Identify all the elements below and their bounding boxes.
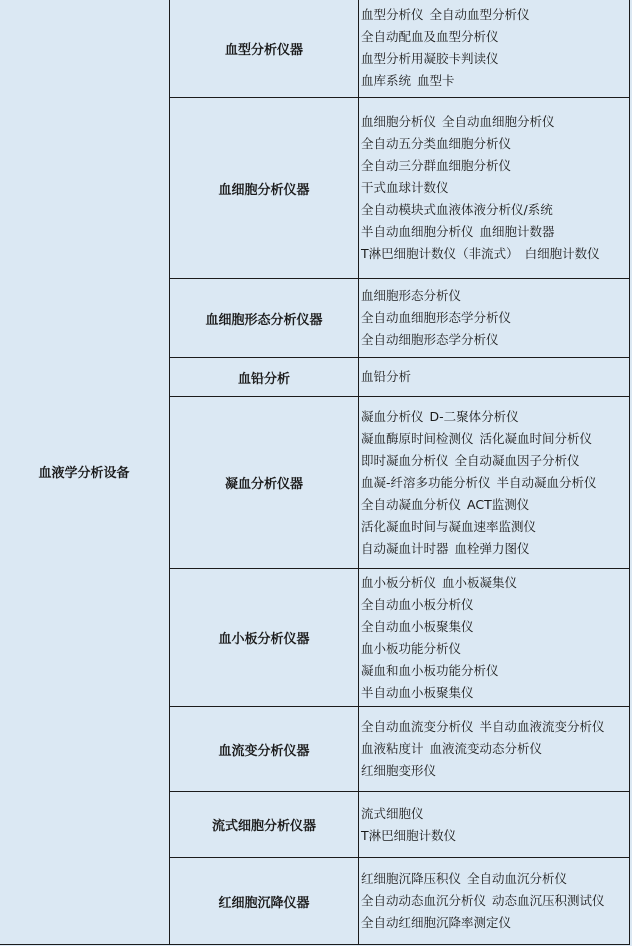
device-name: 自动凝血计时器 bbox=[361, 541, 449, 556]
device-line: T淋巴细胞计数仪（非流式）白细胞计数仪 bbox=[361, 243, 629, 265]
device-name: T淋巴细胞计数仪 bbox=[361, 828, 456, 843]
device-line: 活化凝血时间与凝血速率监测仪 bbox=[361, 516, 629, 538]
device-name: 半自动凝血分析仪 bbox=[497, 475, 597, 490]
device-line: 全自动动态血沉分析仪动态血沉压积测试仪 bbox=[361, 890, 629, 912]
device-name: 全自动模块式血液体液分析仪/系统 bbox=[361, 202, 553, 217]
subcategory-cell: 血铅分析 bbox=[170, 358, 359, 397]
subcategory-label: 红细胞沉降仪器 bbox=[218, 896, 309, 911]
device-name: 血液流变动态分析仪 bbox=[430, 741, 543, 756]
device-name: 全自动凝血因子分析仪 bbox=[455, 453, 580, 468]
device-name: 全自动血小板聚集仪 bbox=[361, 619, 474, 634]
device-name: 全自动细胞形态学分析仪 bbox=[361, 332, 499, 347]
device-line: 即时凝血分析仪全自动凝血因子分析仪 bbox=[361, 450, 629, 472]
device-name: 血型卡 bbox=[417, 73, 455, 88]
subcategory-cell: 血细胞分析仪器 bbox=[170, 98, 359, 279]
device-name: 凝血酶原时间检测仪 bbox=[361, 431, 474, 446]
device-name: 活化凝血时间分析仪 bbox=[480, 431, 593, 446]
device-name: 血液粘度计 bbox=[361, 741, 424, 756]
subcategory-cell: 流式细胞分析仪器 bbox=[170, 792, 359, 858]
device-name: 活化凝血时间与凝血速率监测仪 bbox=[361, 519, 536, 534]
device-name: 血库系统 bbox=[361, 73, 411, 88]
device-line: 血小板分析仪血小板凝集仪 bbox=[361, 572, 629, 594]
device-name: 血细胞计数器 bbox=[480, 224, 555, 239]
subcategory-label: 血流变分析仪器 bbox=[218, 744, 309, 759]
device-line: 全自动细胞形态学分析仪 bbox=[361, 329, 629, 351]
subcategory-label: 血小板分析仪器 bbox=[218, 632, 309, 647]
device-name: 干式血球计数仪 bbox=[361, 180, 449, 195]
device-line: 全自动血细胞形态学分析仪 bbox=[361, 307, 629, 329]
category-cell: 血液学分析设备 bbox=[0, 0, 170, 945]
device-line: 血细胞形态分析仪 bbox=[361, 285, 629, 307]
device-line: 凝血和血小板功能分析仪 bbox=[361, 660, 629, 682]
device-line: 全自动三分群血细胞分析仪 bbox=[361, 155, 629, 177]
device-line: 全自动五分类血细胞分析仪 bbox=[361, 133, 629, 155]
device-line: 血液粘度计血液流变动态分析仪 bbox=[361, 738, 629, 760]
device-line: 红细胞沉降压积仪全自动血沉分析仪 bbox=[361, 868, 629, 890]
device-name: 全自动血型分析仪 bbox=[430, 7, 530, 22]
device-line: 半自动血细胞分析仪血细胞计数器 bbox=[361, 221, 629, 243]
subcategory-cell: 血小板分析仪器 bbox=[170, 569, 359, 707]
device-name: 全自动动态血沉分析仪 bbox=[361, 893, 486, 908]
device-name: 半自动血细胞分析仪 bbox=[361, 224, 474, 239]
device-line: 全自动凝血分析仪ACT监测仪 bbox=[361, 494, 629, 516]
subcategory-label: 流式细胞分析仪器 bbox=[212, 819, 316, 834]
equipment-classification-table: 血液学分析设备血型分析仪器血型分析仪全自动血型分析仪全自动配血及血型分析仪血型分… bbox=[0, 0, 630, 945]
subcategory-label: 凝血分析仪器 bbox=[225, 477, 303, 492]
device-name: 半自动血小板聚集仪 bbox=[361, 685, 474, 700]
device-line: 全自动血小板聚集仪 bbox=[361, 616, 629, 638]
subcategory-label: 血型分析仪器 bbox=[225, 43, 303, 58]
device-name: 血栓弹力图仪 bbox=[455, 541, 530, 556]
device-line: 全自动血流变分析仪半自动血液流变分析仪 bbox=[361, 716, 629, 738]
subcategory-label: 血细胞形态分析仪器 bbox=[205, 313, 322, 328]
device-name: D-二聚体分析仪 bbox=[430, 409, 519, 424]
device-name: 血型分析用凝胶卡判读仪 bbox=[361, 51, 499, 66]
device-line: T淋巴细胞计数仪 bbox=[361, 825, 629, 847]
device-line: 干式血球计数仪 bbox=[361, 177, 629, 199]
device-name: 流式细胞仪 bbox=[361, 806, 424, 821]
table-row: 血液学分析设备血型分析仪器血型分析仪全自动血型分析仪全自动配血及血型分析仪血型分… bbox=[0, 0, 630, 98]
device-list-cell: 血小板分析仪血小板凝集仪全自动血小板分析仪全自动血小板聚集仪血小板功能分析仪凝血… bbox=[359, 569, 630, 707]
device-name: T淋巴细胞计数仪（非流式） bbox=[361, 246, 519, 261]
device-name: 即时凝血分析仪 bbox=[361, 453, 449, 468]
device-name: 半自动血液流变分析仪 bbox=[480, 719, 605, 734]
device-line: 血凝-纤溶多功能分析仪半自动凝血分析仪 bbox=[361, 472, 629, 494]
device-name: 血型分析仪 bbox=[361, 7, 424, 22]
device-line: 全自动红细胞沉降率测定仪 bbox=[361, 912, 629, 934]
device-line: 流式细胞仪 bbox=[361, 803, 629, 825]
device-list-cell: 血细胞分析仪全自动血细胞分析仪全自动五分类血细胞分析仪全自动三分群血细胞分析仪干… bbox=[359, 98, 630, 279]
device-line: 血型分析用凝胶卡判读仪 bbox=[361, 48, 629, 70]
device-name: 全自动凝血分析仪 bbox=[361, 497, 461, 512]
device-name: 红细胞变形仪 bbox=[361, 763, 436, 778]
device-line: 自动凝血计时器血栓弹力图仪 bbox=[361, 538, 629, 560]
device-line: 全自动血小板分析仪 bbox=[361, 594, 629, 616]
subcategory-cell: 血流变分析仪器 bbox=[170, 707, 359, 792]
device-line: 血小板功能分析仪 bbox=[361, 638, 629, 660]
device-list-cell: 流式细胞仪T淋巴细胞计数仪 bbox=[359, 792, 630, 858]
device-name: 血凝-纤溶多功能分析仪 bbox=[361, 475, 491, 490]
device-name: 全自动三分群血细胞分析仪 bbox=[361, 158, 511, 173]
device-name: 全自动血流变分析仪 bbox=[361, 719, 474, 734]
device-name: 白细胞计数仪 bbox=[525, 246, 600, 261]
device-name: 全自动血小板分析仪 bbox=[361, 597, 474, 612]
device-line: 半自动血小板聚集仪 bbox=[361, 682, 629, 704]
device-line: 血库系统血型卡 bbox=[361, 70, 629, 92]
subcategory-cell: 血型分析仪器 bbox=[170, 0, 359, 98]
device-list-cell: 凝血分析仪D-二聚体分析仪凝血酶原时间检测仪活化凝血时间分析仪即时凝血分析仪全自… bbox=[359, 397, 630, 569]
device-name: 全自动五分类血细胞分析仪 bbox=[361, 136, 511, 151]
device-name: 血细胞形态分析仪 bbox=[361, 288, 461, 303]
device-name: 血铅分析 bbox=[361, 369, 411, 384]
device-list-cell: 血型分析仪全自动血型分析仪全自动配血及血型分析仪血型分析用凝胶卡判读仪血库系统血… bbox=[359, 0, 630, 98]
device-list-cell: 血铅分析 bbox=[359, 358, 630, 397]
device-name: 全自动配血及血型分析仪 bbox=[361, 29, 499, 44]
device-line: 血型分析仪全自动血型分析仪 bbox=[361, 4, 629, 26]
device-name: 动态血沉压积测试仪 bbox=[492, 893, 605, 908]
device-name: 血细胞分析仪 bbox=[361, 114, 436, 129]
device-list-cell: 全自动血流变分析仪半自动血液流变分析仪血液粘度计血液流变动态分析仪红细胞变形仪 bbox=[359, 707, 630, 792]
device-line: 凝血酶原时间检测仪活化凝血时间分析仪 bbox=[361, 428, 629, 450]
device-line: 凝血分析仪D-二聚体分析仪 bbox=[361, 406, 629, 428]
device-name: 全自动血细胞分析仪 bbox=[442, 114, 555, 129]
device-name: 血小板凝集仪 bbox=[442, 575, 517, 590]
device-name: 血小板分析仪 bbox=[361, 575, 436, 590]
subcategory-cell: 红细胞沉降仪器 bbox=[170, 858, 359, 945]
table-body: 血液学分析设备血型分析仪器血型分析仪全自动血型分析仪全自动配血及血型分析仪血型分… bbox=[0, 0, 630, 945]
device-name: 全自动红细胞沉降率测定仪 bbox=[361, 915, 511, 930]
category-label: 血液学分析设备 bbox=[38, 466, 129, 481]
device-list-cell: 血细胞形态分析仪全自动血细胞形态学分析仪全自动细胞形态学分析仪 bbox=[359, 279, 630, 358]
device-line: 红细胞变形仪 bbox=[361, 760, 629, 782]
device-name: 凝血和血小板功能分析仪 bbox=[361, 663, 499, 678]
subcategory-label: 血铅分析 bbox=[238, 372, 290, 387]
device-line: 全自动模块式血液体液分析仪/系统 bbox=[361, 199, 629, 221]
device-name: 凝血分析仪 bbox=[361, 409, 424, 424]
subcategory-label: 血细胞分析仪器 bbox=[218, 183, 309, 198]
device-line: 血铅分析 bbox=[361, 366, 629, 388]
device-name: ACT监测仪 bbox=[467, 497, 529, 512]
device-name: 全自动血细胞形态学分析仪 bbox=[361, 310, 511, 325]
device-line: 血细胞分析仪全自动血细胞分析仪 bbox=[361, 111, 629, 133]
device-name: 红细胞沉降压积仪 bbox=[361, 871, 461, 886]
subcategory-cell: 凝血分析仪器 bbox=[170, 397, 359, 569]
device-line: 全自动配血及血型分析仪 bbox=[361, 26, 629, 48]
device-name: 血小板功能分析仪 bbox=[361, 641, 461, 656]
device-list-cell: 红细胞沉降压积仪全自动血沉分析仪全自动动态血沉分析仪动态血沉压积测试仪全自动红细… bbox=[359, 858, 630, 945]
device-name: 全自动血沉分析仪 bbox=[467, 871, 567, 886]
subcategory-cell: 血细胞形态分析仪器 bbox=[170, 279, 359, 358]
